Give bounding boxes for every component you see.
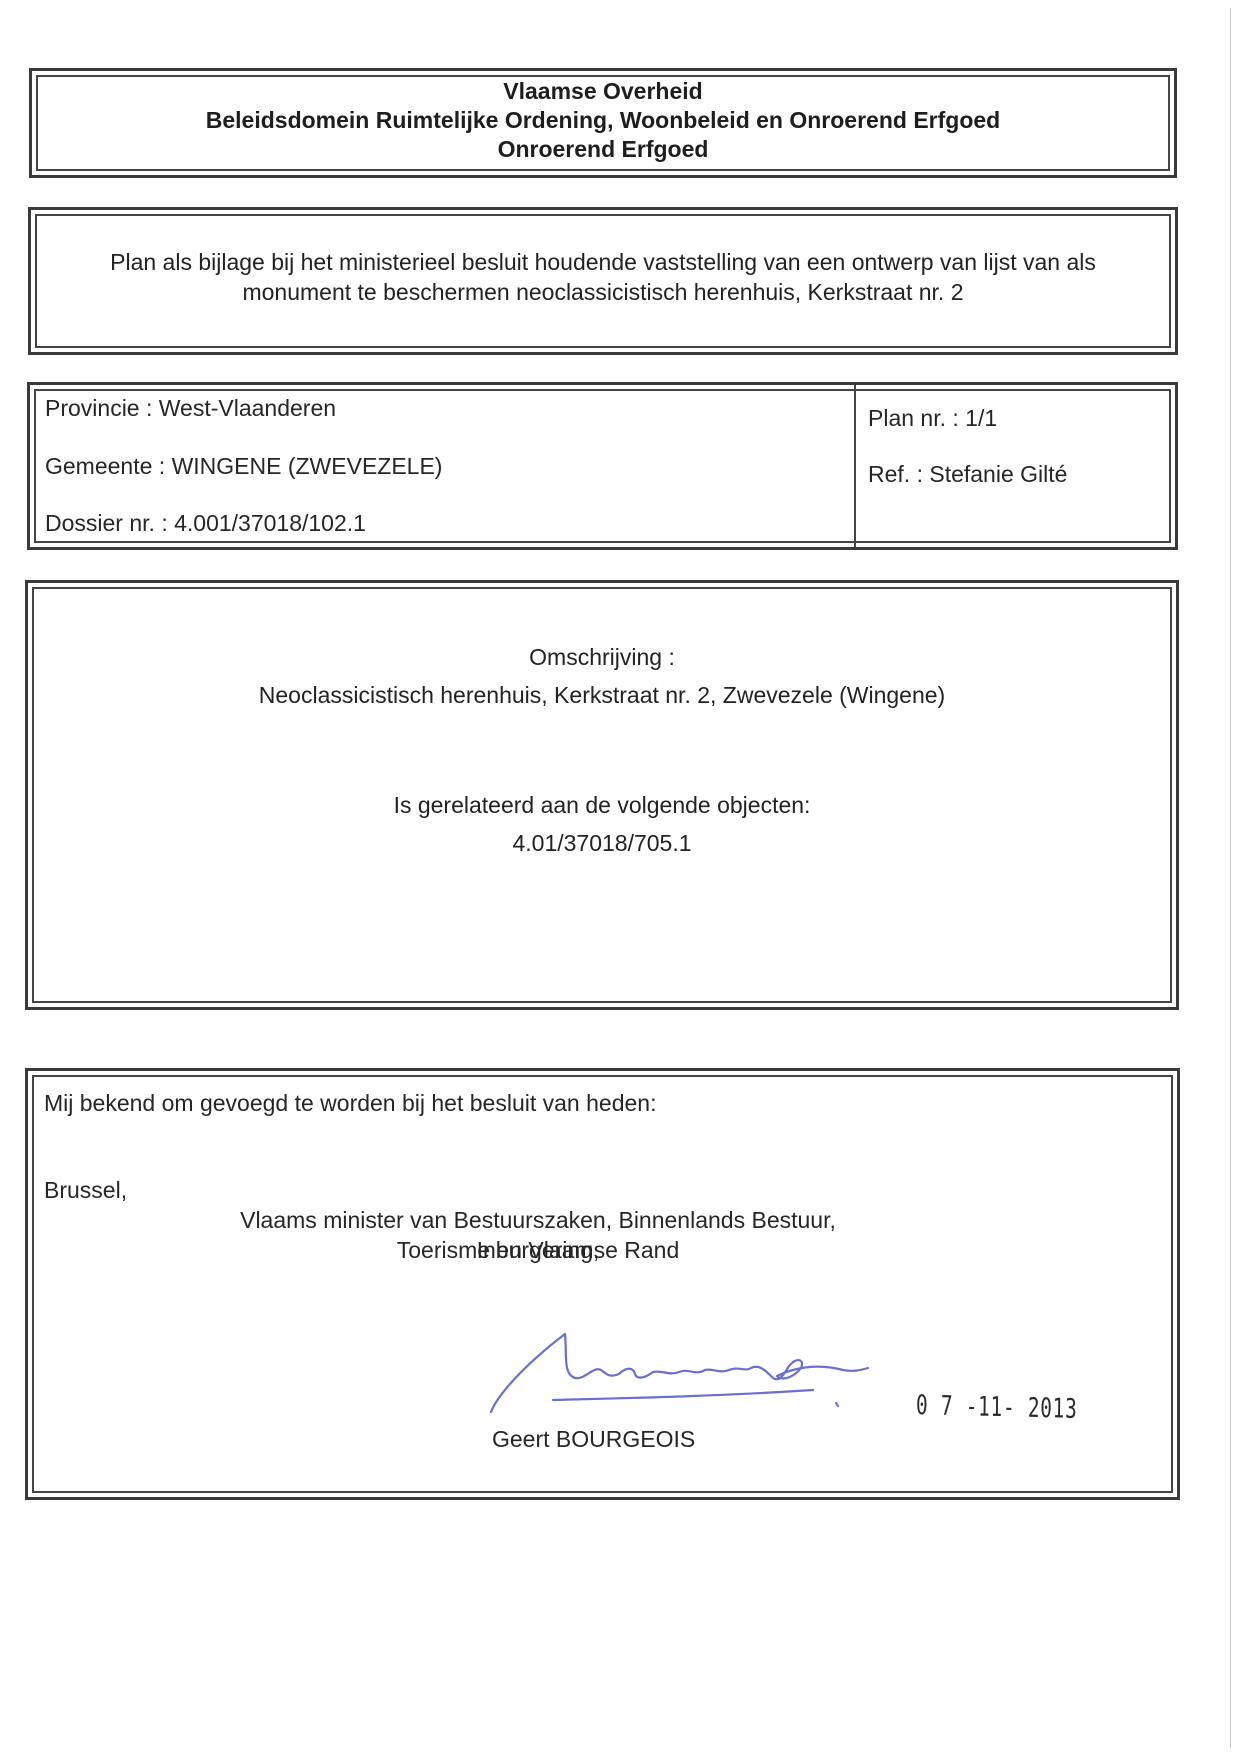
- header-org: Vlaamse Overheid: [32, 77, 1174, 106]
- header-box: Vlaamse Overheid Beleidsdomein Ruimtelij…: [29, 68, 1177, 178]
- related-object-id: 4.01/37018/705.1: [28, 824, 1176, 862]
- gemeente-field: Gemeente : WINGENE (ZWEVEZELE): [45, 453, 442, 480]
- reference-field: Ref. : Stefanie Gilté: [868, 461, 1067, 488]
- provincie-field: Provincie : West-Vlaanderen: [45, 395, 336, 422]
- date-stamp: 0 7 -11- 2013: [916, 1390, 1078, 1425]
- header-agency: Onroerend Erfgoed: [32, 135, 1174, 164]
- description-label: Omschrijving :: [28, 638, 1176, 676]
- signer-name: Geert BOURGEOIS: [492, 1426, 695, 1453]
- signature-strokes: [491, 1334, 868, 1412]
- handwritten-signature: [483, 1326, 923, 1416]
- plan-number-field: Plan nr. : 1/1: [868, 405, 997, 432]
- scan-page-edge: [1230, 8, 1231, 1748]
- info-box: Provincie : West-Vlaanderen Gemeente : W…: [27, 382, 1178, 550]
- dossier-field: Dossier nr. : 4.001/37018/102.1: [45, 510, 366, 537]
- description-box: Omschrijving : Neoclassicistisch herenhu…: [25, 580, 1179, 1010]
- header-domain: Beleidsdomein Ruimtelijke Ordening, Woon…: [32, 106, 1174, 135]
- plan-line-1: Plan als bijlage bij het ministerieel be…: [31, 247, 1175, 277]
- plan-box: Plan als bijlage bij het ministerieel be…: [28, 207, 1178, 355]
- place-text: Brussel,: [44, 1177, 127, 1204]
- acknowledgement-text: Mij bekend om gevoegd te worden bij het …: [44, 1090, 656, 1117]
- minister-title-line-2: Toerisme en Vlaamse Rand: [178, 1235, 898, 1265]
- info-column-divider: [854, 385, 856, 547]
- plan-line-2: monument te beschermen neoclassicistisch…: [31, 277, 1175, 307]
- signature-box: Mij bekend om gevoegd te worden bij het …: [25, 1068, 1180, 1500]
- related-objects-label: Is gerelateerd aan de volgende objecten:: [28, 786, 1176, 824]
- description-text: Neoclassicistisch herenhuis, Kerkstraat …: [28, 676, 1176, 714]
